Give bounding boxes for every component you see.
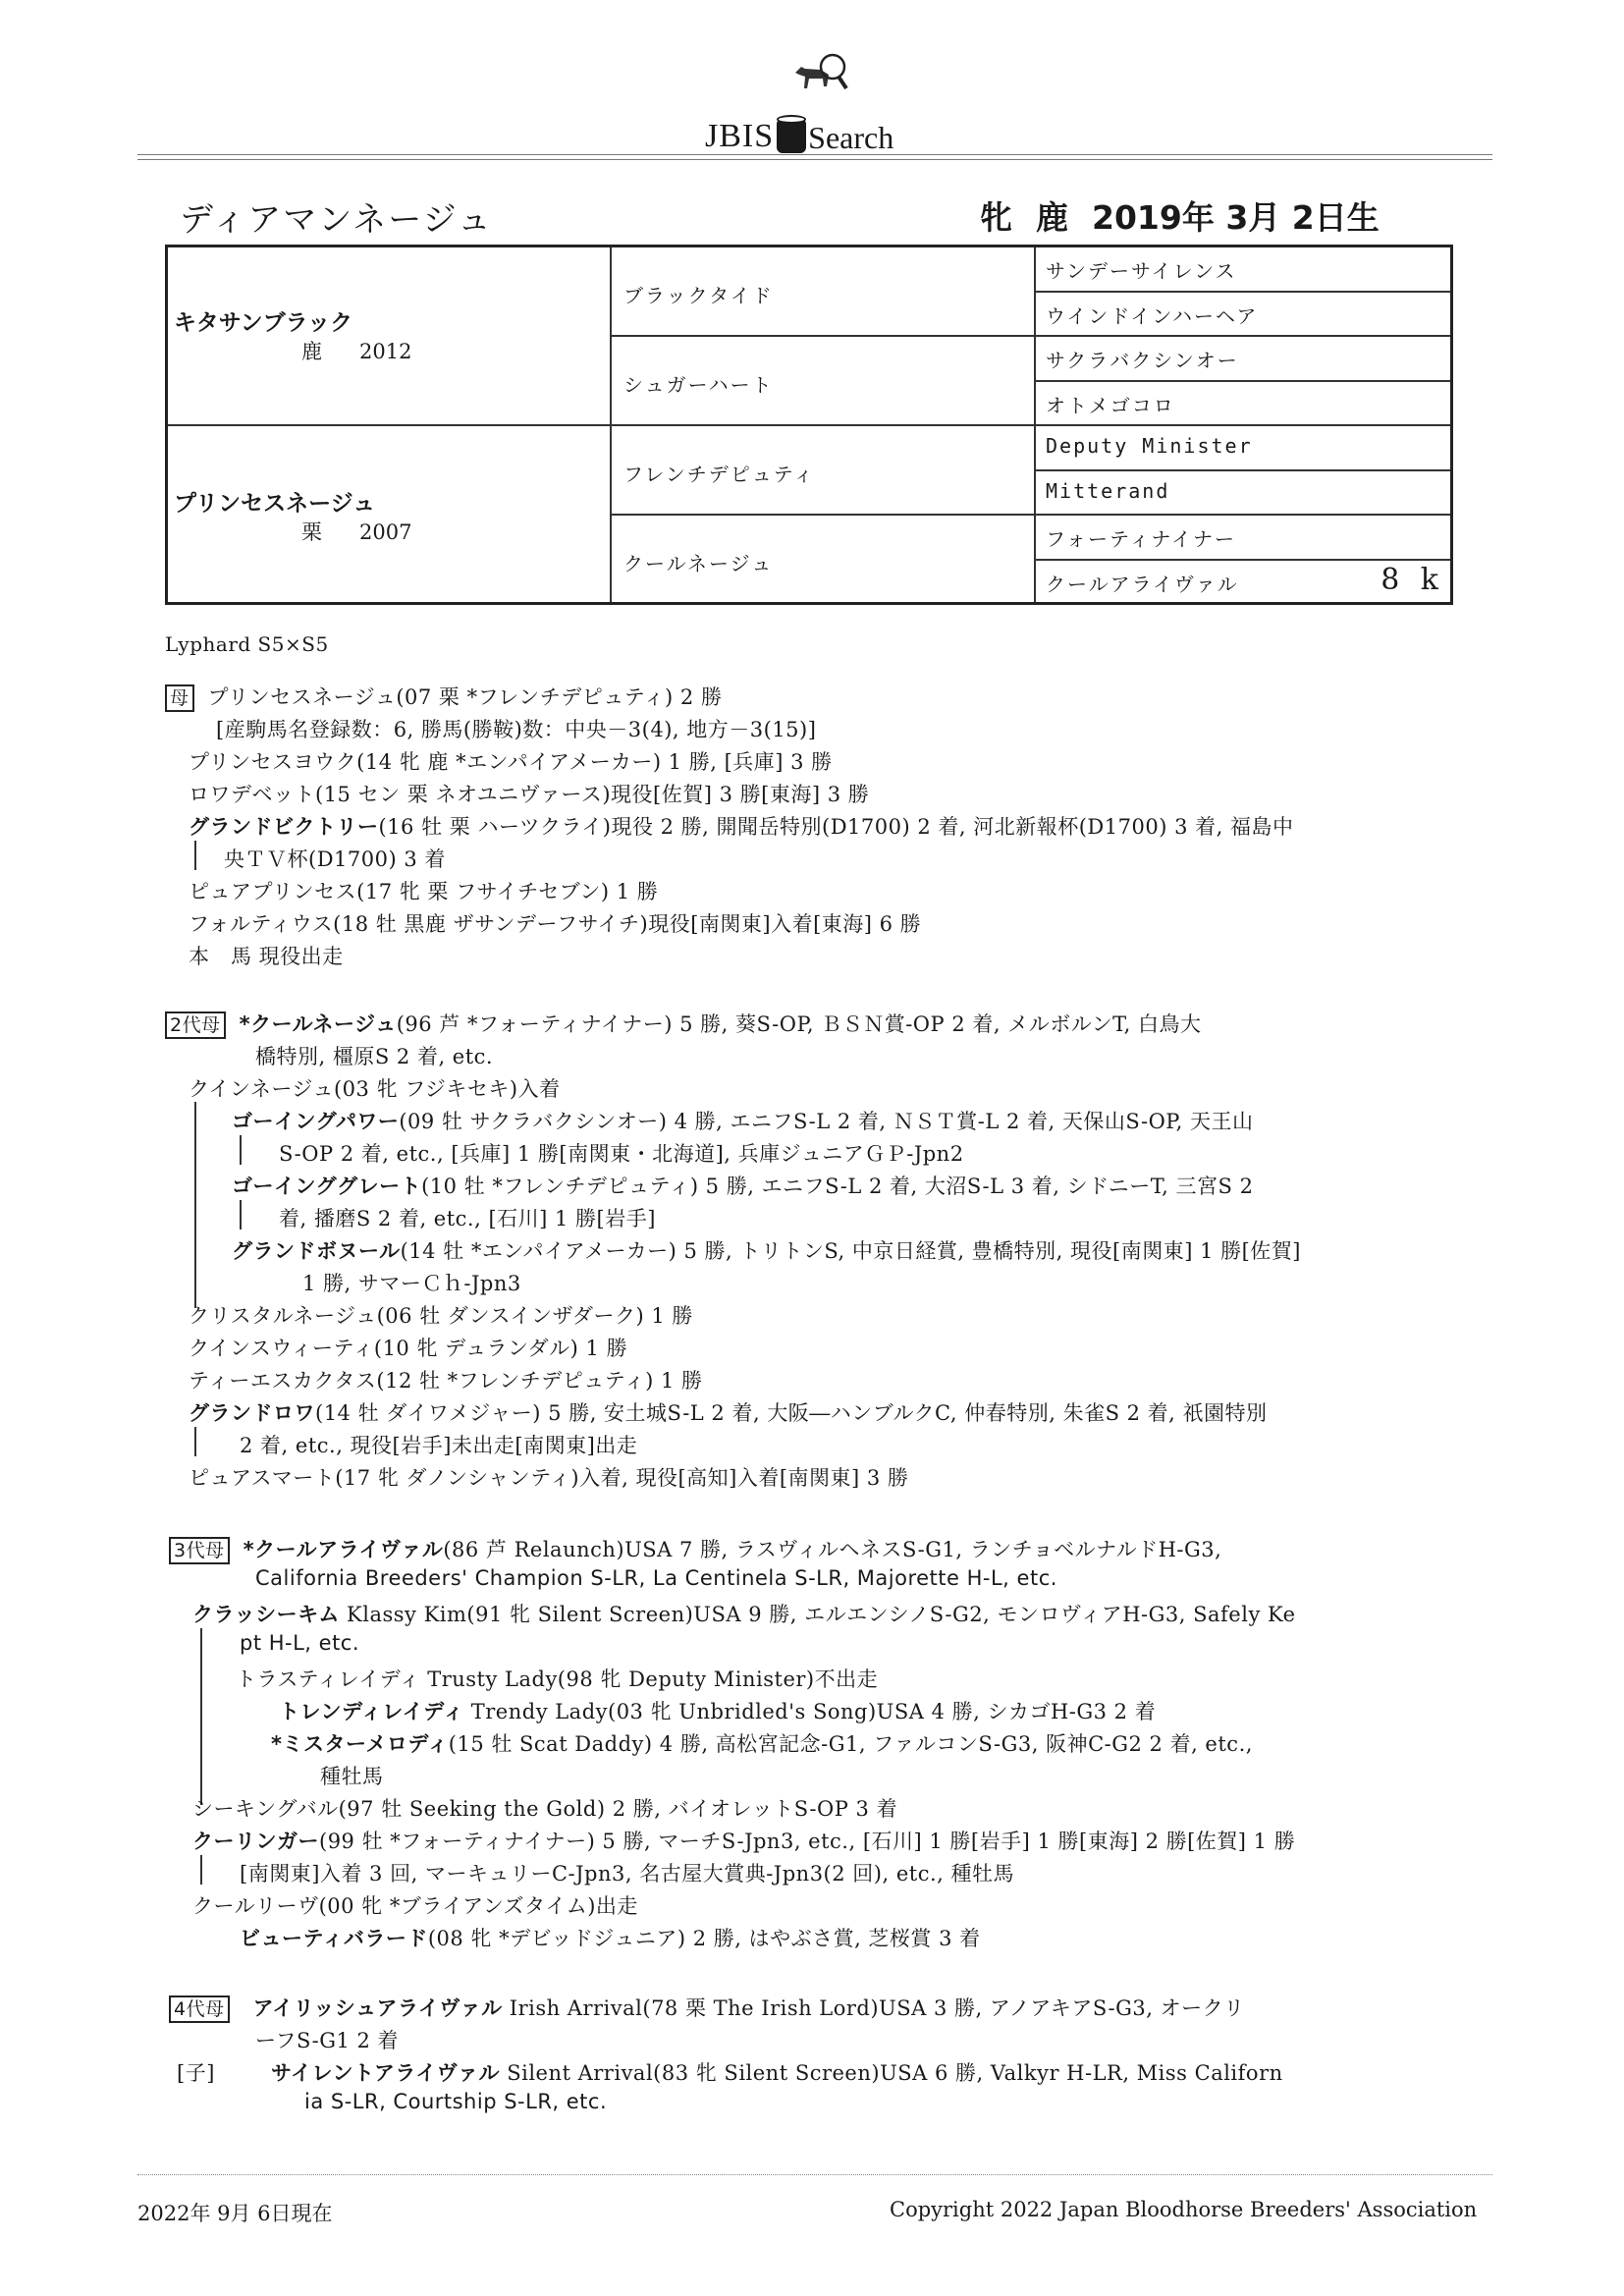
produce-line: トレンディレイディ Trendy Lady(03 牝 Unbridled's S… <box>279 1696 1156 1725</box>
ancestor-name: サンデーサイレンス <box>1046 255 1237 284</box>
produce-line-cont: pt H-L, etc. <box>240 1631 359 1655</box>
produce-line: 本 馬 現役出走 <box>189 941 344 970</box>
produce-line: クラッシーキム Klassy Kim(91 牝 Silent Screen)US… <box>192 1599 1296 1628</box>
family-number: 8 k <box>1380 563 1444 597</box>
sire-year: 2012 <box>359 340 411 363</box>
indent-bar <box>194 1102 196 1308</box>
produce-line: プリンセスヨウク(14 牝 鹿 *エンパイアメーカー) 1 勝, [兵庫] 3 … <box>189 746 833 776</box>
pedigree-gen2-cell: フレンチデピュティ <box>612 426 1034 516</box>
produce-line: グランドボヌール(14 牡 *エンパイアメーカー) 5 勝, トリトンS, 中京… <box>232 1235 1301 1265</box>
produce-line: グランドビクトリー(16 牡 栗 ハーツクライ)現役 2 勝, 開聞岳特別(D1… <box>189 811 1293 841</box>
footer-date: 2022年 9月 6日現在 <box>137 2198 333 2227</box>
pedigree-gen3-cell: Deputy Minister <box>1036 426 1450 471</box>
pedigree-gen3-cell: Mitterand <box>1036 471 1450 517</box>
pedigree-gen2: ブラックタイド シュガーハート フレンチデピュティ クールネージュ <box>612 247 1036 602</box>
ancestor-name: クールアライヴァル <box>1046 569 1239 597</box>
pedigree-gen1: キタサンブラック 鹿2012 プリンセスネージュ 栗2007 <box>168 247 612 602</box>
dam-section-line: 母プリンセスネージュ(07 栗 *フレンチデピュティ) 2 勝 <box>165 682 722 712</box>
sire-color: 鹿 <box>301 340 322 363</box>
produce-name-bold: *ミスターメロディ <box>271 1732 449 1756</box>
horse-magnifier-icon <box>791 53 850 102</box>
line-text: Trendy Lady(03 牝 Unbridled's Song)USA 4 … <box>464 1700 1157 1723</box>
line-text: プリンセスネージュ(07 栗 *フレンチデピュティ) 2 勝 <box>208 685 723 709</box>
great-great-granddam-section-line: 4代母アイリッシュアライヴァル Irish Arrival(78 栗 The I… <box>169 1993 1245 2023</box>
pedigree-gen3-cell: ウインドインハーヘア <box>1036 293 1450 338</box>
line-text: Klassy Kim(91 牝 Silent Screen)USA 9 勝, エ… <box>340 1603 1296 1626</box>
line-text: (86 芦 Relaunch)USA 7 勝, ラスヴィルヘネスS-G1, ラン… <box>443 1538 1221 1561</box>
produce-name-bold: グランドボヌール <box>232 1239 401 1263</box>
dam-name: プリンセスネージュ <box>174 485 375 518</box>
produce-line: クリスタルネージュ(06 牡 ダンスインザダーク) 1 勝 <box>189 1300 693 1330</box>
produce-line: フォルティウス(18 牡 黒鹿 ザサンデーフサイチ)現役[南関東]入着[東海] … <box>189 908 921 938</box>
produce-line: クールリーヴ(00 牝 *ブライアンズタイム)出走 <box>192 1890 638 1920</box>
ancestor-name: サクラバクシンオー <box>1046 345 1239 373</box>
indent-bar <box>240 1200 242 1230</box>
produce-line: ピュアスマート(17 牝 ダノンシャンティ)入着, 現役[高知]入着[南関東] … <box>189 1462 908 1492</box>
produce-name-bold: *クールアライヴァル <box>244 1538 444 1561</box>
produce-name-bold: クラッシーキム <box>192 1603 340 1626</box>
produce-name-bold: クーリンガー <box>192 1830 319 1853</box>
produce-line: ビューティバラード(08 牝 *デビッドジュニア) 2 勝, はやぶさ賞, 芝桜… <box>240 1923 981 1952</box>
dam-detail: 栗2007 <box>301 517 449 546</box>
line-text: Silent Arrival(83 牝 Silent Screen)USA 6 … <box>500 2061 1283 2085</box>
great-granddam-section-line: 3代母*クールアライヴァル(86 芦 Relaunch)USA 7 勝, ラスヴ… <box>169 1534 1221 1564</box>
header-divider <box>137 154 1492 160</box>
produce-line-cont: California Breeders' Champion S-LR, La C… <box>255 1566 1057 1590</box>
produce-line-cont: 央ＴＶ杯(D1700) 3 着 <box>224 844 446 873</box>
produce-line: *ミスターメロディ(15 牡 Scat Daddy) 4 勝, 高松宮記念-G1… <box>271 1728 1253 1758</box>
pedigree-gen3-cell: サクラバクシンオー <box>1036 337 1450 382</box>
horse-info: 牝 鹿 2019年 3月 2日生 <box>980 192 1380 239</box>
horse-birth-date: 2019年 3月 2日生 <box>1092 192 1380 239</box>
produce-name-bold: ゴーイングパワー <box>232 1110 399 1133</box>
line-text: (10 牡 *フレンチデピュティ) 5 勝, エニフS-L 2 着, 大沼S-L… <box>421 1175 1253 1198</box>
produce-name-bold: グランドビクトリー <box>189 815 379 839</box>
ancestor-name: ブラックタイド <box>623 280 774 308</box>
sire-detail: 鹿2012 <box>301 336 449 365</box>
dam-year: 2007 <box>359 520 411 544</box>
produce-line: トラスティレイディ Trusty Lady(98 牝 Deputy Minist… <box>236 1664 878 1693</box>
line-text: (14 牡 *エンパイアメーカー) 5 勝, トリトンS, 中京日経賞, 豊橋特… <box>401 1239 1301 1263</box>
produce-line-cont: 2 着, etc., 現役[岩手]未出走[南関東]出走 <box>240 1430 637 1459</box>
ancestor-name: フォーティナイナー <box>1046 523 1236 552</box>
child-prefix: [子] <box>177 2057 271 2087</box>
granddam-section-line: 2代母*クールネージュ(96 芦 *フォーティナイナー) 5 勝, 葵S-OP,… <box>165 1009 1201 1039</box>
produce-line: クインネージュ(03 牝 フジキセキ)入着 <box>189 1073 561 1103</box>
pedigree-gen3-cell: フォーティナイナー <box>1036 516 1450 561</box>
ancestor-name: Deputy Minister <box>1046 434 1253 458</box>
horse-color: 鹿 <box>1036 192 1068 239</box>
ancestor-name: クールネージュ <box>623 548 773 576</box>
produce-line-cont: 橋特別, 橿原S 2 着, etc. <box>255 1041 493 1070</box>
inbreeding-note: Lyphard S5×S5 <box>165 632 329 656</box>
horse-sex: 牝 <box>980 192 1012 239</box>
horse-name: ディアマンネージュ <box>180 192 493 241</box>
pedigree-table: キタサンブラック 鹿2012 プリンセスネージュ 栗2007 ブラックタイド シ… <box>165 245 1453 605</box>
indent-bar <box>240 1135 242 1165</box>
section-label-great-granddam: 3代母 <box>169 1537 230 1564</box>
produce-name-bold: *クールネージュ <box>240 1012 397 1036</box>
indent-bar <box>200 1855 202 1885</box>
produce-line-cont: 1 勝, サマーＣｈ-Jpn3 <box>302 1268 521 1297</box>
dam-produce-summary: [産駒馬名登録数：6, 勝馬(勝鞍)数：中央－3(4), 地方－3(15)] <box>216 714 816 743</box>
footer-copyright: Copyright 2022 Japan Bloodhorse Breeders… <box>890 2198 1477 2221</box>
produce-name-bold: アイリッシュアライヴァル <box>253 1996 503 2020</box>
footer-divider <box>137 2174 1492 2175</box>
ancestor-name: フレンチデピュティ <box>623 459 815 487</box>
produce-line-cont: 着, 播磨S 2 着, etc., [石川] 1 勝[岩手] <box>279 1203 656 1232</box>
produce-name-bold: トレンディレイディ <box>279 1700 464 1723</box>
produce-line-cont: ia S-LR, Courtship S-LR, etc. <box>304 2090 607 2113</box>
produce-line: [子]サイレントアライヴァル Silent Arrival(83 牝 Silen… <box>177 2057 1283 2087</box>
indent-bar <box>200 1628 202 1805</box>
produce-line: クーリンガー(99 牡 *フォーティナイナー) 5 勝, マーチS-Jpn3, … <box>192 1826 1295 1855</box>
line-text: (08 牝 *デビッドジュニア) 2 勝, はやぶさ賞, 芝桜賞 3 着 <box>428 1927 981 1950</box>
pedigree-gen2-cell: ブラックタイド <box>612 247 1034 337</box>
produce-line: ピュアプリンセス(17 牝 栗 フサイチセブン) 1 勝 <box>189 876 658 905</box>
section-label-granddam: 2代母 <box>165 1011 226 1039</box>
produce-line: ロワデベット(15 セン 栗 ネオユニヴァース)現役[佐賀] 3 勝[東海] 3… <box>189 779 869 808</box>
pedigree-gen3-cell: サンデーサイレンス <box>1036 247 1450 293</box>
produce-line: クインスウィーティ(10 牝 デュランダル) 1 勝 <box>189 1333 627 1362</box>
produce-line: ティーエスカクタス(12 牡 *フレンチデピュティ) 1 勝 <box>189 1365 703 1394</box>
line-text: (99 牡 *フォーティナイナー) 5 勝, マーチS-Jpn3, etc., … <box>319 1830 1295 1853</box>
ancestor-name: ウインドインハーヘア <box>1046 301 1258 329</box>
sire-name: キタサンブラック <box>174 304 352 337</box>
produce-name-bold: グランドロワ <box>189 1401 315 1425</box>
produce-line: ゴーインググレート(10 牡 *フレンチデピュティ) 5 勝, エニフS-L 2… <box>232 1171 1253 1200</box>
produce-line: グランドロワ(14 牡 ダイワメジャー) 5 勝, 安土城S-L 2 着, 大阪… <box>189 1397 1268 1427</box>
line-text: Irish Arrival(78 栗 The Irish Lord)USA 3 … <box>503 1996 1245 2020</box>
pedigree-gen2-cell: シュガーハート <box>612 337 1034 426</box>
database-icon <box>777 120 806 153</box>
pedigree-gen3-cell: クールアライヴァル 8 k <box>1036 561 1450 606</box>
produce-name-bold: ビューティバラード <box>240 1927 428 1950</box>
produce-name-bold: ゴーインググレート <box>232 1175 421 1198</box>
produce-line: ゴーイングパワー(09 牡 サクラバクシンオー) 4 勝, エニフS-L 2 着… <box>232 1106 1254 1135</box>
section-label-great-great-granddam: 4代母 <box>169 1995 230 2023</box>
produce-line-cont: S-OP 2 着, etc., [兵庫] 1 勝[南関東・北海道], 兵庫ジュニ… <box>279 1138 964 1168</box>
dam-color: 栗 <box>301 520 322 544</box>
ancestor-name: Mitterand <box>1046 479 1169 503</box>
indent-bar <box>194 1427 196 1456</box>
ancestor-name: オトメゴコロ <box>1046 390 1175 418</box>
pedigree-dam-cell: プリンセスネージュ 栗2007 <box>168 426 610 605</box>
produce-name-bold: サイレントアライヴァル <box>271 2061 500 2085</box>
pedigree-gen2-cell: クールネージュ <box>612 516 1034 605</box>
line-text: (14 牡 ダイワメジャー) 5 勝, 安土城S-L 2 着, 大阪―ハンブルク… <box>315 1401 1268 1425</box>
produce-line: シーキングバル(97 牡 Seeking the Gold) 2 勝, バイオレ… <box>192 1793 897 1823</box>
produce-line-cont: [南関東]入着 3 回, マーキュリーC-Jpn3, 名古屋大賞典-Jpn3(2… <box>240 1858 1014 1887</box>
indent-bar <box>194 841 196 870</box>
jbis-search-logo: JBIS Search <box>705 98 893 153</box>
section-label-dam: 母 <box>165 684 194 712</box>
produce-line-cont: ーフS-G1 2 着 <box>255 2025 399 2054</box>
logo-search-text: Search <box>808 122 893 153</box>
pedigree-gen3-cell: オトメゴコロ <box>1036 382 1450 427</box>
line-text: (15 牡 Scat Daddy) 4 勝, 高松宮記念-G1, ファルコンS-… <box>449 1732 1253 1756</box>
line-text: (09 牡 サクラバクシンオー) 4 勝, エニフS-L 2 着, ＮＳＴ賞-L… <box>399 1110 1253 1133</box>
logo-jbis-text: JBIS <box>705 120 774 153</box>
produce-line-cont: 種牡馬 <box>320 1761 384 1790</box>
pedigree-sire-cell: キタサンブラック 鹿2012 <box>168 247 610 426</box>
ancestor-name: シュガーハート <box>623 369 774 398</box>
line-text: (16 牡 栗 ハーツクライ)現役 2 勝, 開聞岳特別(D1700) 2 着,… <box>379 815 1294 839</box>
pedigree-gen3: サンデーサイレンス ウインドインハーヘア サクラバクシンオー オトメゴコロ De… <box>1036 247 1450 602</box>
line-text: (96 芦 *フォーティナイナー) 5 勝, 葵S-OP, ＢＳＮ賞-OP 2 … <box>397 1012 1202 1036</box>
